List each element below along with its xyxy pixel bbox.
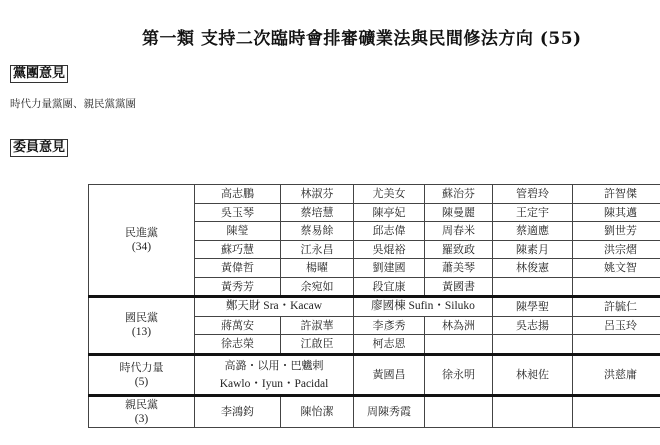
- member-cell: 鄭天財 Sra・Kacaw: [195, 297, 354, 317]
- party-cell-pfp: 親民黨 (3): [89, 395, 195, 427]
- member-cell: 邱志偉: [354, 222, 425, 241]
- member-cell: 黃秀芳: [195, 277, 281, 297]
- member-cell: 蘇巧慧: [195, 240, 281, 259]
- member-cell: 蔡易餘: [281, 222, 354, 241]
- member-cell: 林淑芬: [281, 185, 354, 204]
- member-cell: [493, 395, 573, 427]
- document-title: 第一類 支持二次臨時會排審礦業法與民間修法方向 (55): [142, 24, 582, 49]
- member-cell: 吳玉琴: [195, 203, 281, 222]
- member-cell: [573, 277, 660, 297]
- table-row: 時代力量 (5) 高潞・以用・巴魕剌 Kawlo・Iyun・Pacidal 黃國…: [89, 354, 660, 395]
- member-cell: [493, 335, 573, 355]
- member-cell: 許毓仁: [573, 297, 660, 317]
- party-name: 國民黨: [89, 310, 194, 325]
- member-name-line: Kawlo・Iyun・Pacidal: [195, 375, 353, 394]
- party-cell-npp: 時代力量 (5): [89, 354, 195, 395]
- member-cell: 劉建國: [354, 259, 425, 278]
- member-cell: 陳怡潔: [281, 395, 354, 427]
- member-opinion-heading: 委員意見: [10, 139, 68, 157]
- party-count: (13): [89, 325, 194, 340]
- member-cell: 柯志恩: [354, 335, 425, 355]
- member-cell: 徐永明: [425, 354, 493, 395]
- party-opinion-heading: 黨團意見: [10, 65, 68, 83]
- member-cell: 黃國昌: [354, 354, 425, 395]
- member-cell: 陳亭妃: [354, 203, 425, 222]
- member-cell: 段宜康: [354, 277, 425, 297]
- member-cell: 李鴻鈞: [195, 395, 281, 427]
- member-cell: 許智傑: [573, 185, 660, 204]
- member-cell: 徐志榮: [195, 335, 281, 355]
- member-cell: 林俊憲: [493, 259, 573, 278]
- member-cell: 許淑華: [281, 316, 354, 335]
- table-row: 民進黨 (34) 高志鵬 林淑芬 尤美女 蘇治芬 管碧玲 許智傑: [89, 185, 660, 204]
- member-cell: 吳焜裕: [354, 240, 425, 259]
- member-cell: [425, 335, 493, 355]
- table-row: 親民黨 (3) 李鴻鈞 陳怡潔 周陳秀霞: [89, 395, 660, 427]
- member-cell: 呂玉玲: [573, 316, 660, 335]
- party-name: 時代力量: [89, 360, 194, 375]
- member-cell: 周陳秀霞: [354, 395, 425, 427]
- member-name-line: 高潞・以用・巴魕剌: [195, 356, 353, 375]
- party-name: 親民黨: [89, 397, 194, 412]
- member-cell: 廖國棟 Sufin・Siluko: [354, 297, 493, 317]
- member-cell: 陳素月: [493, 240, 573, 259]
- member-cell: 余宛如: [281, 277, 354, 297]
- member-cell: [573, 395, 660, 427]
- member-cell: [493, 277, 573, 297]
- member-cell: 蕭美琴: [425, 259, 493, 278]
- member-cell: 陳學聖: [493, 297, 573, 317]
- member-cell: 周春米: [425, 222, 493, 241]
- member-cell: 陳其邁: [573, 203, 660, 222]
- member-cell: 江永昌: [281, 240, 354, 259]
- party-count: (3): [89, 412, 194, 427]
- member-cell: 高志鵬: [195, 185, 281, 204]
- party-opinion-text: 時代力量黨團、親民黨黨團: [10, 96, 136, 111]
- member-cell: 洪慈庸: [573, 354, 660, 395]
- member-cell: 管碧玲: [493, 185, 573, 204]
- members-table: 民進黨 (34) 高志鵬 林淑芬 尤美女 蘇治芬 管碧玲 許智傑 吳玉琴 蔡培慧…: [88, 184, 660, 428]
- member-cell: 陳瑩: [195, 222, 281, 241]
- member-cell: 尤美女: [354, 185, 425, 204]
- member-cell: 姚文智: [573, 259, 660, 278]
- party-cell-dpp: 民進黨 (34): [89, 185, 195, 297]
- member-cell: 楊曜: [281, 259, 354, 278]
- member-cell: [425, 395, 493, 427]
- member-cell: 李彥秀: [354, 316, 425, 335]
- table-row: 國民黨 (13) 鄭天財 Sra・Kacaw 廖國棟 Sufin・Siluko …: [89, 297, 660, 317]
- member-cell: 林為洲: [425, 316, 493, 335]
- member-cell: 洪宗熠: [573, 240, 660, 259]
- member-cell: [573, 335, 660, 355]
- member-cell: 高潞・以用・巴魕剌 Kawlo・Iyun・Pacidal: [195, 354, 354, 395]
- member-cell: 江啟臣: [281, 335, 354, 355]
- member-cell: 陳曼麗: [425, 203, 493, 222]
- member-cell: 蔡培慧: [281, 203, 354, 222]
- party-count: (34): [89, 240, 194, 255]
- member-cell: 蔡適應: [493, 222, 573, 241]
- party-name: 民進黨: [89, 225, 194, 240]
- member-cell: 羅致政: [425, 240, 493, 259]
- member-cell: 黃國書: [425, 277, 493, 297]
- member-cell: 蔣萬安: [195, 316, 281, 335]
- member-cell: 吳志揚: [493, 316, 573, 335]
- member-cell: 劉世芳: [573, 222, 660, 241]
- member-cell: 王定宇: [493, 203, 573, 222]
- party-cell-kmt: 國民黨 (13): [89, 297, 195, 355]
- member-cell: 林昶佐: [493, 354, 573, 395]
- member-cell: 黃偉哲: [195, 259, 281, 278]
- member-cell: 蘇治芬: [425, 185, 493, 204]
- party-count: (5): [89, 375, 194, 390]
